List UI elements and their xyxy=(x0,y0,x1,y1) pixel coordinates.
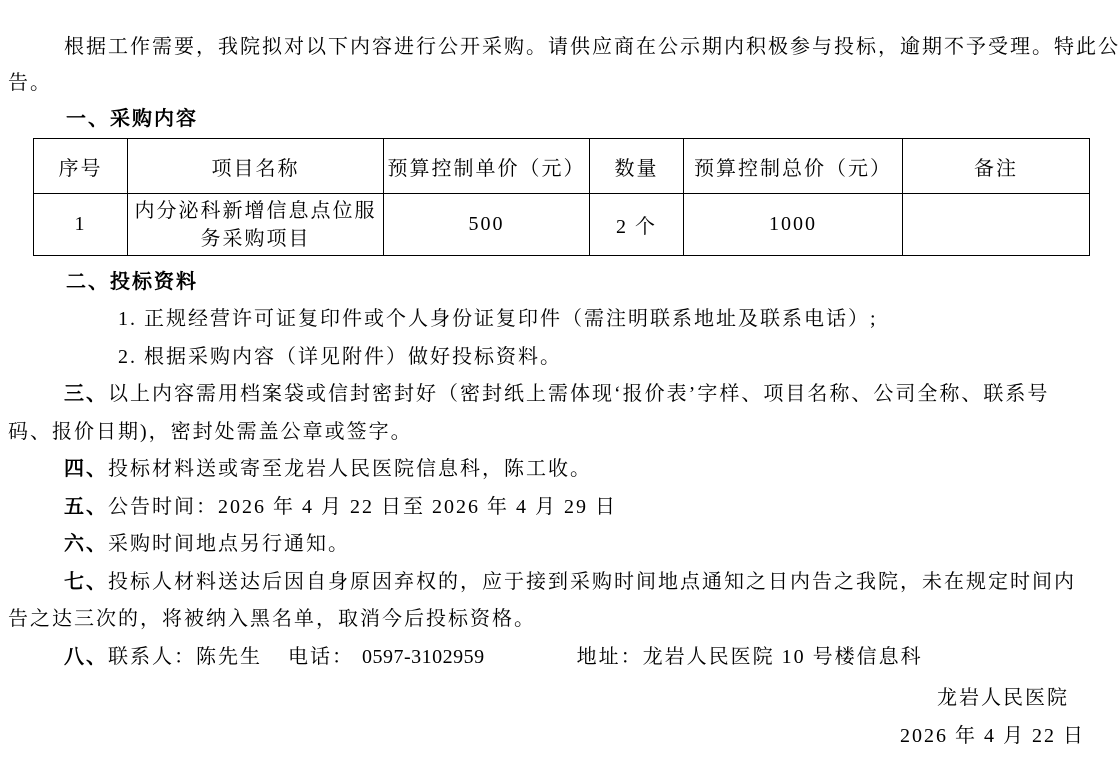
section2-heading: 二、投标资料 xyxy=(8,264,1112,301)
intro-line-1: 根据工作需要，我院拟对以下内容进行公开采购。请供应商在公示期内积极参与投标，逾期… xyxy=(8,29,1112,65)
section8-number: 八、 xyxy=(64,646,108,668)
phone-label: 电话： xyxy=(288,646,354,668)
table-row: 1 内分泌科新增信息点位服务采购项目 500 2 个 1000 xyxy=(34,194,1090,256)
section6-line: 六、采购时间地点另行通知。 xyxy=(8,526,1112,564)
phone-number: 0597-3102959 xyxy=(362,646,485,668)
section6-text: 采购时间地点另行通知。 xyxy=(108,533,350,555)
header-project-name: 项目名称 xyxy=(128,139,384,194)
section7-line-1: 七、投标人材料送达后因自身原因弃权的，应于接到采购时间地点通知之日内告之我院，未… xyxy=(8,564,1112,602)
cell-remark xyxy=(903,194,1090,256)
section3-number: 三、 xyxy=(64,383,108,405)
header-total-price: 预算控制总价（元） xyxy=(684,139,903,194)
cell-seq: 1 xyxy=(34,194,128,256)
intro-line-2: 告。 xyxy=(8,65,1112,101)
header-unit-price: 预算控制单价（元） xyxy=(384,139,590,194)
section1-heading: 一、采购内容 xyxy=(8,101,1112,138)
section3-text-1: 以上内容需用档案袋或信封密封好（密封纸上需体现‘报价表’字样、项目名称、公司全称… xyxy=(108,383,1049,405)
bid-material-item-2: 2. 根据采购内容（详见附件）做好投标资料。 xyxy=(8,339,1112,377)
section7-line-2: 告之达三次的，将被纳入黑名单，取消今后投标资格。 xyxy=(8,601,1112,639)
cell-total-price: 1000 xyxy=(684,194,903,256)
contact-person: 联系人：陈先生 xyxy=(108,646,262,668)
address-label: 地址： xyxy=(577,646,643,668)
table-header-row: 序号 项目名称 预算控制单价（元） 数量 预算控制总价（元） 备注 xyxy=(34,139,1090,194)
signature-date: 2026 年 4 月 22 日 xyxy=(8,718,1112,756)
signature-org: 龙岩人民医院 xyxy=(8,680,1112,718)
section4-text: 投标材料送或寄至龙岩人民医院信息科，陈工收。 xyxy=(108,458,592,480)
address-text: 龙岩人民医院 10 号楼信息科 xyxy=(643,646,923,668)
section5-line: 五、公告时间：2026 年 4 月 22 日至 2026 年 4 月 29 日 xyxy=(8,489,1112,527)
section5-number: 五、 xyxy=(64,496,108,518)
header-quantity: 数量 xyxy=(590,139,684,194)
section6-number: 六、 xyxy=(64,533,108,555)
cell-unit-price: 500 xyxy=(384,194,590,256)
header-seq: 序号 xyxy=(34,139,128,194)
procurement-table: 序号 项目名称 预算控制单价（元） 数量 预算控制总价（元） 备注 1 内分泌科… xyxy=(33,138,1090,256)
section7-number: 七、 xyxy=(64,571,108,593)
section3-line-1: 三、以上内容需用档案袋或信封密封好（密封纸上需体现‘报价表’字样、项目名称、公司… xyxy=(8,376,1112,414)
section5-text: 公告时间：2026 年 4 月 22 日至 2026 年 4 月 29 日 xyxy=(108,496,617,518)
section4-line: 四、投标材料送或寄至龙岩人民医院信息科，陈工收。 xyxy=(8,451,1112,489)
section7-text-1: 投标人材料送达后因自身原因弃权的，应于接到采购时间地点通知之日内告之我院，未在规… xyxy=(108,571,1076,593)
section3-line-2: 码、报价日期)，密封处需盖公章或签字。 xyxy=(8,414,1112,452)
bid-material-item-1: 1. 正规经营许可证复印件或个人身份证复印件（需注明联系地址及联系电话）; xyxy=(8,301,1112,339)
cell-quantity: 2 个 xyxy=(590,194,684,256)
header-remark: 备注 xyxy=(903,139,1090,194)
section8-line: 八、联系人：陈先生电话：0597-3102959地址：龙岩人民医院 10 号楼信… xyxy=(8,639,1112,677)
cell-project-name: 内分泌科新增信息点位服务采购项目 xyxy=(128,194,384,256)
document-page: 根据工作需要，我院拟对以下内容进行公开采购。请供应商在公示期内积极参与投标，逾期… xyxy=(0,0,1120,777)
section4-number: 四、 xyxy=(64,458,108,480)
